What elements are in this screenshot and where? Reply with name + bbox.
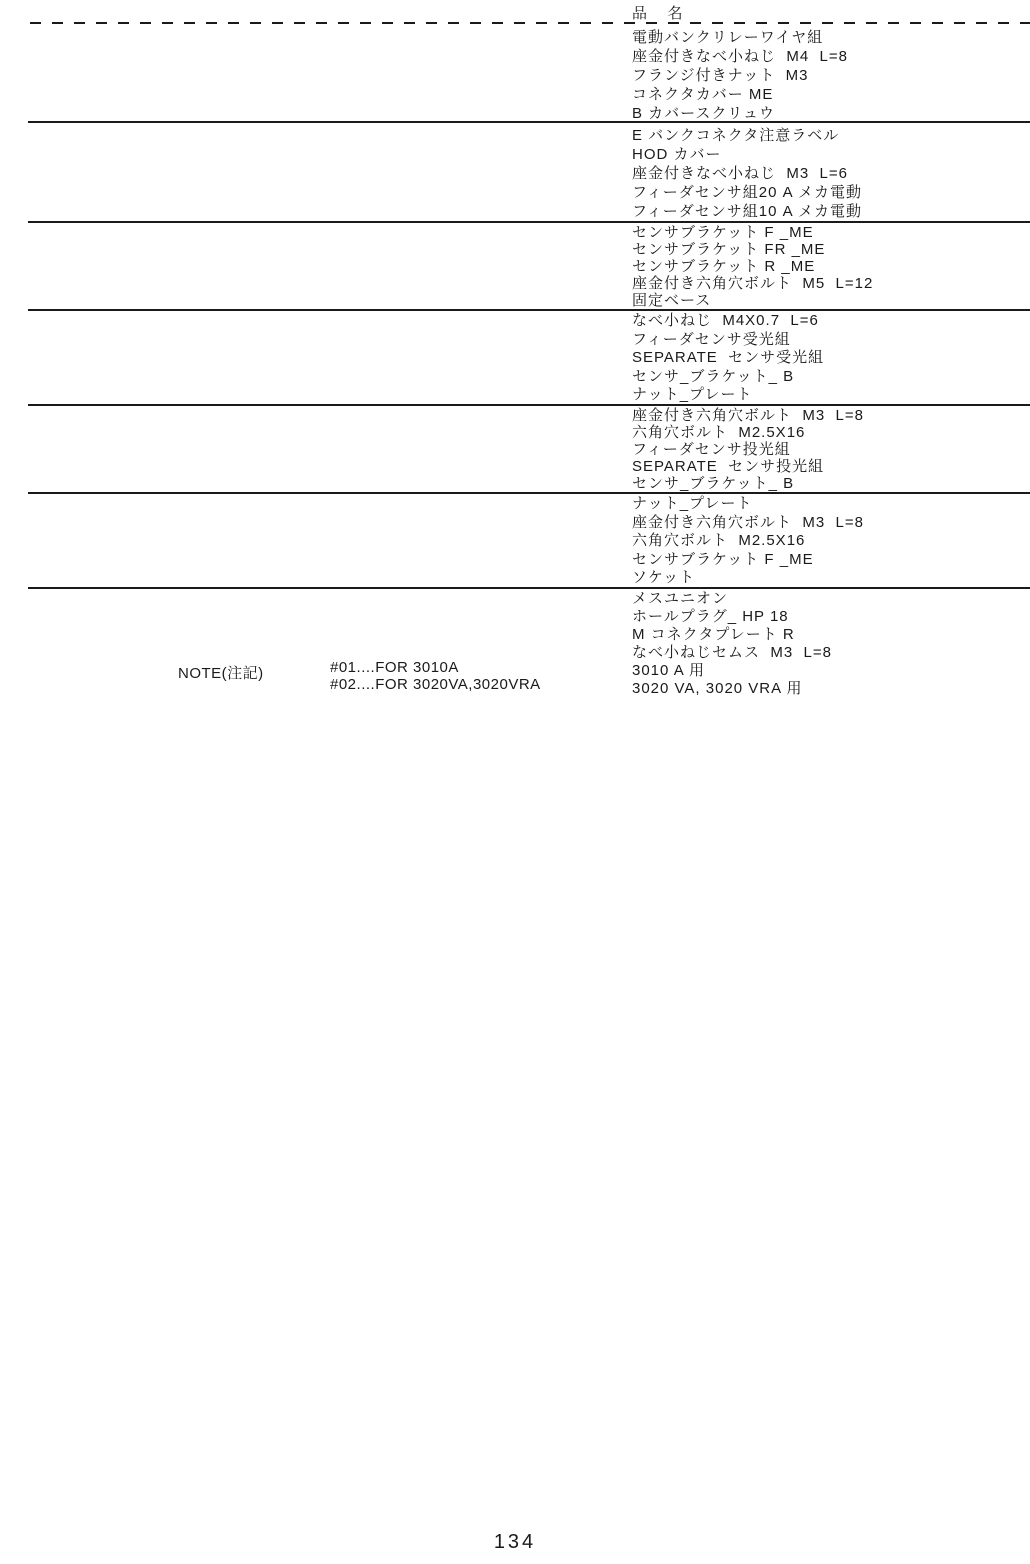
note-model-1: 3010 A 用 <box>632 662 803 680</box>
note-label: NOTE(注記) <box>178 662 264 683</box>
part-name: E バンクコネクタ注意ラベル <box>632 126 862 145</box>
header-divider-dashed <box>30 22 1030 24</box>
note-codes: #01....FOR 3010A #02....FOR 3020VA,3020V… <box>330 660 541 693</box>
part-name: ソケット <box>632 569 864 588</box>
part-name: 六角穴ボルト M2.5X16 <box>632 532 864 551</box>
part-name: 座金付き六角穴ボルト M3 L=8 <box>632 407 864 424</box>
group-separator-5 <box>28 492 1030 494</box>
group-separator-4 <box>28 404 1030 406</box>
part-name: フィーダセンサ受光組 <box>632 331 824 350</box>
note-model-names: 3010 A 用 3020 VA, 3020 VRA 用 <box>632 662 803 698</box>
note-model-2: 3020 VA, 3020 VRA 用 <box>632 680 803 698</box>
part-name: フィーダセンサ組10 A メカ電動 <box>632 202 862 221</box>
part-name: 座金付き六角穴ボルト M5 L=12 <box>632 275 873 292</box>
part-name: センサ_ブラケット_ B <box>632 475 864 492</box>
part-name: ナット_プレート <box>632 495 864 514</box>
part-name: コネクタカバー ME <box>632 85 848 104</box>
parts-group-1: 電動バンクリレーワイヤ組 座金付きなべ小ねじ M4 L=8 フランジ付きナット … <box>632 28 848 123</box>
part-name: 座金付き六角穴ボルト M3 L=8 <box>632 514 864 533</box>
part-name: 座金付きなべ小ねじ M4 L=8 <box>632 47 848 66</box>
group-separator-1 <box>28 121 1030 123</box>
parts-list-page: 品 名 電動バンクリレーワイヤ組 座金付きなべ小ねじ M4 L=8 フランジ付き… <box>0 0 1030 1564</box>
note-code-2: #02....FOR 3020VA,3020VRA <box>330 677 541 694</box>
part-name: HOD カバー <box>632 145 862 164</box>
part-name: センサブラケット F _ME <box>632 551 864 570</box>
part-name: メスユニオン <box>632 590 832 608</box>
parts-group-2: E バンクコネクタ注意ラベル HOD カバー 座金付きなべ小ねじ M3 L=6 … <box>632 126 862 221</box>
part-name: ナット_プレート <box>632 386 824 405</box>
part-name: センサ_ブラケット_ B <box>632 368 824 387</box>
part-name: なべ小ねじセムス M3 L=8 <box>632 644 832 662</box>
note-code-1: #01....FOR 3010A <box>330 660 541 677</box>
part-name: M コネクタプレート R <box>632 626 832 644</box>
part-name: 座金付きなべ小ねじ M3 L=6 <box>632 164 862 183</box>
parts-group-7: メスユニオン ホールプラグ_ HP 18 M コネクタプレート R なべ小ねじセ… <box>632 590 832 662</box>
part-name: センサブラケット F _ME <box>632 224 873 241</box>
part-name: センサブラケット R _ME <box>632 258 873 275</box>
group-separator-3 <box>28 309 1030 311</box>
parts-group-6: ナット_プレート 座金付き六角穴ボルト M3 L=8 六角穴ボルト M2.5X1… <box>632 495 864 588</box>
parts-group-5: 座金付き六角穴ボルト M3 L=8 六角穴ボルト M2.5X16 フィーダセンサ… <box>632 407 864 492</box>
part-name: フィーダセンサ組20 A メカ電動 <box>632 183 862 202</box>
part-name: 電動バンクリレーワイヤ組 <box>632 28 848 47</box>
part-name: 六角穴ボルト M2.5X16 <box>632 424 864 441</box>
page-number: 134 <box>0 1531 1030 1554</box>
part-name: なべ小ねじ M4X0.7 L=6 <box>632 312 824 331</box>
parts-group-3: センサブラケット F _ME センサブラケット FR _ME センサブラケット … <box>632 224 873 309</box>
group-separator-2 <box>28 221 1030 223</box>
part-name: B カバースクリュウ <box>632 104 848 123</box>
part-name: ホールプラグ_ HP 18 <box>632 608 832 626</box>
part-name: センサブラケット FR _ME <box>632 241 873 258</box>
parts-group-4: なべ小ねじ M4X0.7 L=6 フィーダセンサ受光組 SEPARATE センサ… <box>632 312 824 405</box>
part-name: 固定ベース <box>632 292 873 309</box>
column-header-item-name: 品 名 <box>632 2 685 23</box>
part-name: フィーダセンサ投光組 <box>632 441 864 458</box>
part-name: SEPARATE センサ受光組 <box>632 349 824 368</box>
group-separator-6 <box>28 587 1030 589</box>
part-name: SEPARATE センサ投光組 <box>632 458 864 475</box>
part-name: フランジ付きナット M3 <box>632 66 848 85</box>
